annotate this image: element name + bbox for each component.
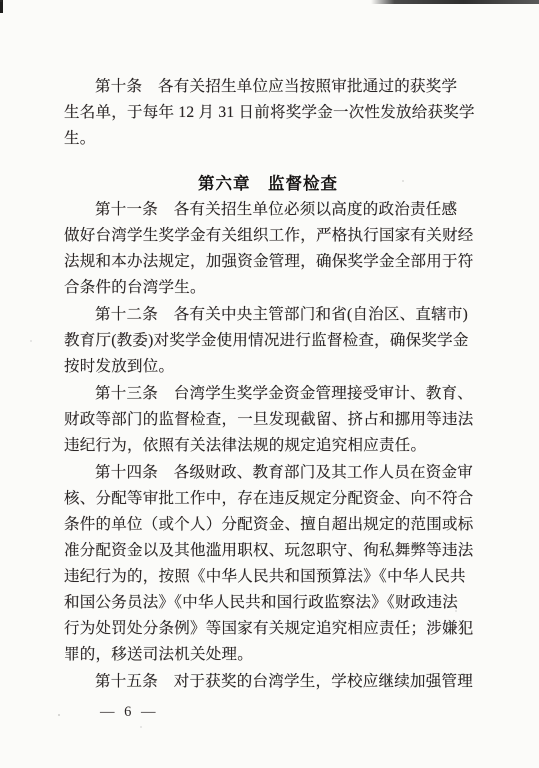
article-11-paragraph: 第十一条 各有关招生单位必须以高度的政治责任感 做好台湾学生奖学金有关组织工作，…	[64, 197, 472, 301]
article-12-paragraph: 第十二条 各有关中央主管部门和省(自治区、直辖市) 教育厅(教委)对奖学金使用情…	[64, 302, 472, 380]
text-line: 准分配资金以及其他滥用职权、玩忽职守、徇私舞弊等违法	[64, 538, 472, 564]
text-line: 生名单，于每年 12 月 31 日前将奖学金一次性发放给获奖学	[64, 100, 472, 126]
text-line: 生。	[64, 126, 472, 152]
scan-noise-speckles	[0, 0, 2, 2]
text-line: 违纪行为，依照有关法律法规的规定追究相应责任。	[64, 433, 472, 459]
text-line: 合条件的台湾学生。	[64, 275, 472, 301]
scan-artifact-top-edge	[371, 0, 539, 4]
text-line: 做好台湾学生奖学金有关组织工作，严格执行国家有关财经	[64, 223, 472, 249]
text-line: 条件的单位（或个人）分配资金、擅自超出规定的范围或标	[64, 512, 472, 538]
chapter-6-heading: 第六章 监督检查	[64, 171, 472, 197]
article-13-paragraph: 第十三条 台湾学生奖学金资金管理接受审计、教育、 财政等部门的监督检查，一旦发现…	[64, 381, 472, 459]
scanned-document-page: 第十条 各有关招生单位应当按照审批通过的获奖学 生名单，于每年 12 月 31 …	[0, 0, 539, 768]
text-line: 违纪行为的，按照《中华人民共和国预算法》《中华人民共	[64, 564, 472, 590]
text-line: 第十条 各有关招生单位应当按照审批通过的获奖学	[64, 74, 472, 100]
text-line: 第十二条 各有关中央主管部门和省(自治区、直辖市)	[64, 302, 472, 328]
text-line: 财政等部门的监督检查，一旦发现截留、挤占和挪用等违法	[64, 407, 472, 433]
article-14-paragraph: 第十四条 各级财政、教育部门及其工作人员在资金审 核、分配等审批工作中，存在违反…	[64, 460, 472, 668]
text-line: 罪的，移送司法机关处理。	[64, 642, 472, 668]
text-line: 第十一条 各有关招生单位必须以高度的政治责任感	[64, 197, 472, 223]
article-10-paragraph: 第十条 各有关招生单位应当按照审批通过的获奖学 生名单，于每年 12 月 31 …	[64, 74, 472, 152]
text-line: 行为处罚处分条例》等国家有关规定追究相应责任；涉嫌犯	[64, 616, 472, 642]
document-body: 第十条 各有关招生单位应当按照审批通过的获奖学 生名单，于每年 12 月 31 …	[64, 74, 472, 722]
text-line: 按时发放到位。	[64, 354, 472, 380]
article-15-paragraph: 第十五条 对于获奖的台湾学生，学校应继续加强管理	[64, 669, 472, 695]
text-line: 第十五条 对于获奖的台湾学生，学校应继续加强管理	[64, 669, 472, 695]
text-line: 第十四条 各级财政、教育部门及其工作人员在资金审	[64, 460, 472, 486]
text-line: 和国公务员法》《中华人民共和国行政监察法》《财政违法	[64, 590, 472, 616]
page-number: — 6 —	[100, 702, 472, 722]
text-line: 教育厅(教委)对奖学金使用情况进行监督检查，确保奖学金	[64, 328, 472, 354]
text-line: 法规和本办法规定，加强资金管理，确保奖学金全部用于符	[64, 249, 472, 275]
text-line: 第十三条 台湾学生奖学金资金管理接受审计、教育、	[64, 381, 472, 407]
text-line: 核、分配等审批工作中，存在违反规定分配资金、向不符合	[64, 486, 472, 512]
